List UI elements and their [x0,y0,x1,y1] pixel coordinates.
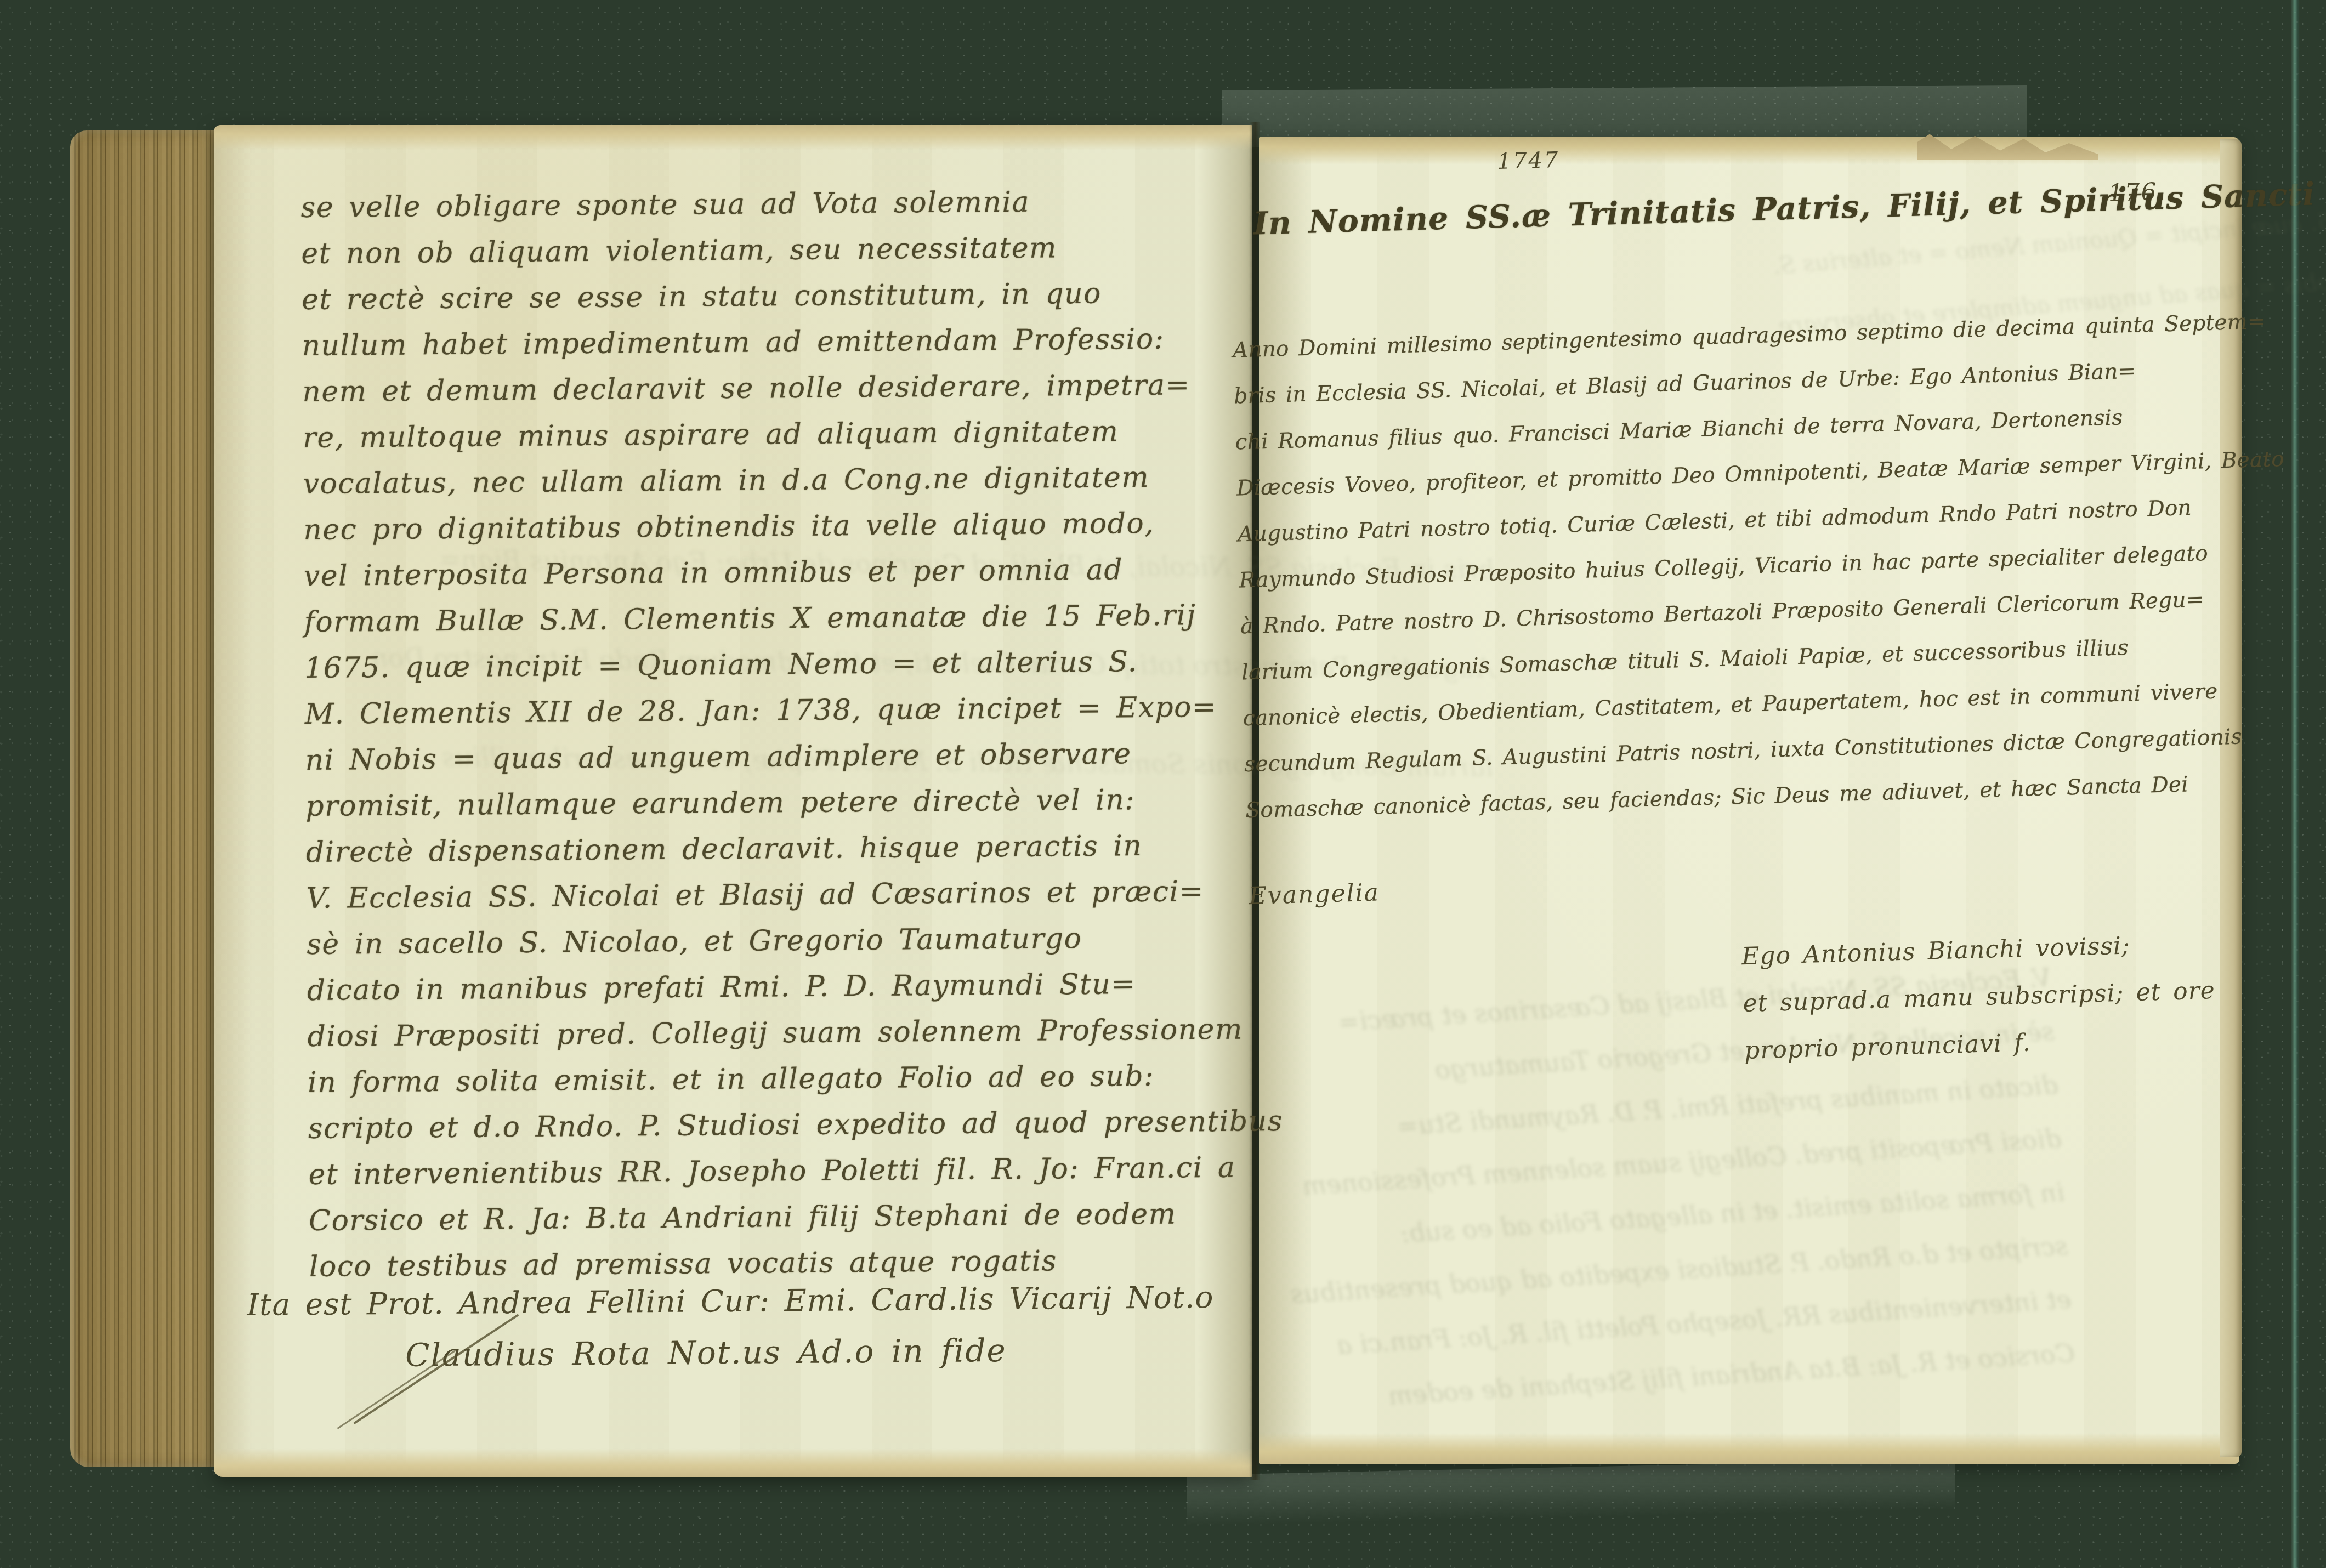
manuscript-line: promisit, nullamque earundem petere dire… [305,776,1281,830]
manuscript-line: dicato in manibus prefati Rmi. P. D. Ray… [307,960,1283,1014]
manuscript-line: vel interposita Persona in omnibus et pe… [304,546,1279,599]
manuscript-line: sè in sacello S. Nicolao, et Gregorio Ta… [307,914,1282,968]
manuscript-line: et non ob aliquam violentiam, seu necess… [301,223,1277,277]
pen-flourish [337,1349,457,1429]
manuscript-line: M. Clementis XII de 28. Jan: 1738, quæ i… [305,684,1280,737]
closing-word: Evangelia [1249,879,1380,911]
manuscript-line: 1675. quæ incipit = Quoniam Nemo = et al… [304,638,1280,691]
manuscript-line: nullum habet impedimentum ad emittendam … [302,315,1277,369]
manuscript-line: V. Ecclesia SS. Nicolai et Blasij ad Cæs… [306,868,1281,922]
manuscript-scan: se velle obligare sponte sua ad Vota sol… [0,0,2326,1568]
manuscript-line: nem et demum declaravit se nolle desider… [302,361,1278,415]
manuscript-line: vocalatus, nec ullam aliam in d.a Cong.n… [303,453,1278,507]
page-stack-fore-edge [70,130,225,1467]
professed-signature-block: Ego Antonius Bianchi vovissi; et suprad.… [1741,920,2217,1075]
left-page-body: se velle obligare sponte sua ad Vota sol… [300,177,1284,1290]
manuscript-line: scripto et d.o Rndo. P. Studiosi expedit… [308,1098,1284,1152]
right-page-text: 1747 176. In Nomine SS.æ Trinitatis Patr… [1223,127,2213,1469]
glass-plate-edge [2291,0,2300,1568]
notary-attestation-line: Ita est Prot. Andrea Fellini Cur: Emi. C… [247,1280,1214,1322]
manuscript-line: se velle obligare sponte sua ad Vota sol… [300,177,1276,231]
invocation-heading: In Nomine SS.æ Trinitatis Patris, Filij,… [1253,175,2316,242]
manuscript-line: re, multoque minus aspirare ad aliquam d… [303,407,1278,461]
manuscript-line: et intervenientibus RR. Josepho Poletti … [308,1144,1284,1198]
manuscript-line: formam Bullæ S.M. Clementis X emanatæ di… [304,592,1279,645]
notary-signature: Claudius Rota Not.us Ad.o in fide [405,1332,1007,1374]
manuscript-line: ni Nobis = quas ad unguem adimplere et o… [305,730,1280,783]
manuscript-line: Corsico et R. Ja: B.ta Andriani filij St… [309,1190,1284,1244]
manuscript-line: directè dispensationem declaravit. hisqu… [306,822,1281,876]
left-page-text: se velle obligare sponte sua ad Vota sol… [236,151,1211,1475]
profession-act-body: Anno Domini millesimo septingentesimo qu… [1232,298,2294,834]
manuscript-line: diosi Præpositi pred. Collegij suam sole… [307,1006,1283,1060]
manuscript-line: in forma solita emisit. et in allegato F… [308,1052,1283,1106]
year-annotation: 1747 [1497,147,1560,174]
manuscript-line: nec pro dignitatibus obtinendis ita vell… [303,499,1279,553]
manuscript-line: et rectè scire se esse in statu constitu… [302,269,1277,323]
